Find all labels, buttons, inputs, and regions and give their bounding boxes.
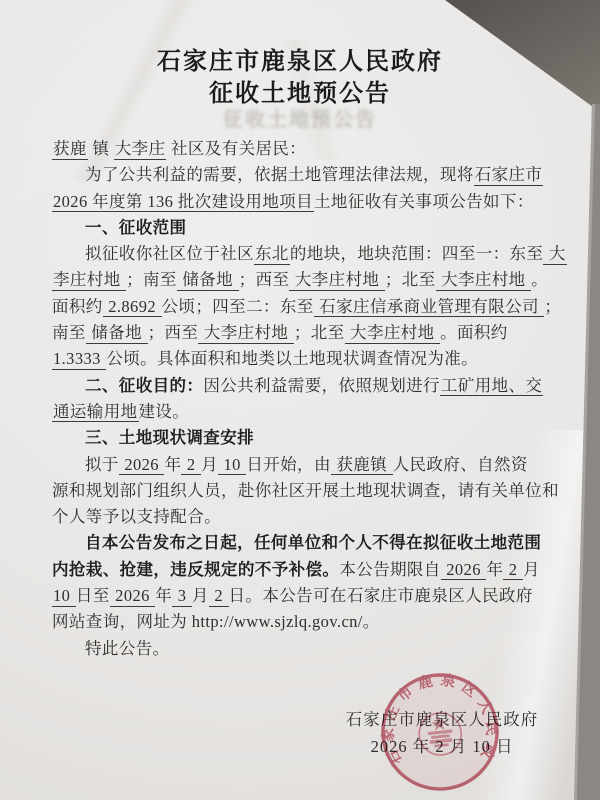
text-segment: 月 (192, 586, 209, 605)
text-segment: 为了公共利益的需要，依据土地管理法律法规，现将 (85, 165, 474, 184)
filled-in-blank: 3 (172, 586, 192, 607)
text-segment: 年 (164, 455, 181, 474)
text-segment: 建设。 (139, 402, 190, 421)
text-segment: 日至 (76, 586, 110, 605)
filled-in-blank: 石家庄信承商业管理有限公司 (314, 297, 545, 318)
filled-in-blank: 大李庄村地 (436, 270, 532, 291)
text-line: 1.3333 公顷。具体面积和地类以土地现状调查情况为准。 (52, 346, 552, 372)
text-segment: ；西至 (239, 270, 290, 289)
filled-in-blank: 大李庄村地 (345, 323, 441, 344)
text-segment: 公顷。具体面积和地类以土地现状调查情况为准。 (106, 349, 478, 368)
filled-in-blank: 大李庄村地 (198, 323, 294, 344)
filled-in-blank: 李庄村地 (52, 270, 126, 291)
filled-in-blank: 2 (181, 455, 201, 476)
filled-in-blank: 大李庄 (114, 139, 167, 160)
text-segment: 三、土地现状调查安排 (85, 428, 254, 447)
text-segment: 本公告期限自 (339, 560, 440, 579)
filled-in-blank: 大李庄村地 (289, 270, 385, 291)
text-line: 获鹿 镇 大李庄 社区及有关居民： (52, 136, 552, 162)
text-segment: 日。本公告可在石家庄市鹿泉区人民政府 (229, 586, 533, 605)
text-segment: 人民政府、自然资 (393, 455, 528, 474)
text-line: 李庄村地 ；南至 储备地 ；西至 大李庄村地 ；北至 大李庄村地 。 (52, 267, 552, 293)
text-segment: ；北至 (294, 323, 345, 342)
text-line: 源和规划部门组织人员，赴你社区开展土地现状调查，请有关单位和 (52, 478, 552, 504)
filled-in-blank: 2026 (110, 586, 156, 607)
text-line: 拟于 2026 年 2 月 10 日开始，由 获鹿镇 人民政府、自然资 (52, 452, 552, 478)
filled-in-blank: 获鹿镇 (331, 455, 393, 476)
text-segment: 镇 (88, 139, 114, 158)
text-line: 拟征收你社区位于社区东北的地块，地块范围：四至一：东至 大 (52, 241, 552, 267)
filled-in-blank: 2 (209, 586, 229, 607)
text-line: 为了公共利益的需要，依据土地管理法律法规，现将石家庄市 (52, 162, 552, 188)
filled-in-blank: 2.8692 (103, 297, 162, 318)
photo-of-document: { "photo": { "background_color": "#8e8a8… (0, 0, 600, 800)
text-line: 内抢栽、抢建，违反规定的不予补偿。本公告期限自 2026 年 2 月 (52, 557, 552, 583)
filled-in-blank: 2 (503, 560, 523, 581)
text-segment: 个人等予以支持配合。 (52, 507, 221, 526)
text-segment: ；南至 (126, 270, 177, 289)
filled-in-blank: 通运输用地 (52, 402, 139, 423)
official-red-seal: 石家庄市鹿泉区人民政府 (371, 663, 509, 800)
filled-in-blank: 获鹿 (52, 139, 88, 160)
text-line: 三、土地现状调查安排 (52, 425, 552, 451)
text-segment: 日开始，由 (246, 455, 331, 474)
filled-in-blank: 储备地 (86, 323, 148, 344)
filled-in-blank: 2026 年度第 136 批次建设用地项目 (52, 192, 314, 213)
text-segment: 拟征收你社区位于社区 (85, 244, 254, 263)
text-line: 10 日至 2026 年 3 月 2 日。本公告可在石家庄市鹿泉区人民政府 (52, 583, 552, 609)
text-segment: 面积约 (52, 297, 103, 316)
text-segment: 土地征收有关事项公告如下： (314, 192, 534, 211)
text-segment: 南至 (52, 323, 86, 342)
text-line: 二、征收目的：因公共利益需要，依照规划进行工矿用地、交 (52, 373, 552, 399)
text-segment: ； (544, 297, 561, 316)
text-line: 2026 年度第 136 批次建设用地项目土地征收有关事项公告如下： (52, 189, 552, 215)
filled-in-blank: 工矿用地、交 (440, 376, 543, 397)
filled-in-blank: 2026 (119, 455, 165, 476)
text-line: 面积约 2.8692 公顷；四至二：东至 石家庄信承商业管理有限公司 ； (52, 294, 552, 320)
text-line: 自本公告发布之日起，任何单位和个人不得在拟征收土地范围 (52, 530, 552, 556)
text-segment: 二、征收目的： (85, 376, 203, 395)
text-segment: 源和规划部门组织人员，赴你社区开展土地现状调查，请有关单位和 (52, 481, 559, 500)
filled-in-blank: 储备地 (177, 270, 239, 291)
text-segment: 拟于 (85, 455, 119, 474)
text-segment: 年 (155, 586, 172, 605)
text-segment: 。 (531, 270, 548, 289)
filled-in-blank: 10 (52, 586, 76, 607)
text-segment: 网站查询，网址为 http://www.sjzlq.gov.cn/。 (52, 612, 380, 631)
text-segment: 的地块，地块范围：四至一：东至 (290, 244, 544, 263)
text-segment: 因公共利益需要，依照规划进行 (203, 376, 440, 395)
text-segment: 特此公告。 (85, 639, 170, 658)
filled-in-blank: 10 (218, 455, 246, 476)
document-body: 获鹿 镇 大李庄 社区及有关居民：为了公共利益的需要，依据土地管理法律法规，现将… (52, 136, 552, 662)
text-line: 网站查询，网址为 http://www.sjzlq.gov.cn/。 (52, 609, 552, 635)
text-segment: 社区及有关居民： (166, 139, 306, 158)
text-segment: 公顷；四至二：东至 (162, 297, 314, 316)
text-segment: 一、征收范围 (85, 218, 186, 237)
title-line-2: 征收土地预公告 (0, 78, 600, 110)
text-segment: ；北至 (385, 270, 436, 289)
text-segment: ；西至 (148, 323, 199, 342)
filled-in-blank: 石家庄市 (474, 165, 544, 186)
text-segment: 自本公告发布之日起，任何单位和个人不得在拟征收土地范围 (85, 533, 541, 552)
text-segment: 年 (486, 560, 503, 579)
text-segment: 。面积约 (440, 323, 508, 342)
text-segment: 月 (201, 455, 218, 474)
document-title: 石家庄市鹿泉区人民政府 征收土地预公告 (0, 46, 600, 110)
filled-in-blank: 大 (543, 244, 566, 265)
text-line: 南至 储备地 ；西至 大李庄村地 ；北至 大李庄村地 。面积约 (52, 320, 552, 346)
text-segment: 内抢栽、抢建，违反规定的不予补偿。 (52, 560, 339, 579)
filled-in-blank: 2026 (441, 560, 487, 581)
text-line: 特此公告。 (52, 636, 552, 662)
text-segment: 月 (523, 560, 540, 579)
text-line: 一、征收范围 (52, 215, 552, 241)
title-line-1: 石家庄市鹿泉区人民政府 (0, 46, 600, 78)
text-line: 通运输用地建设。 (52, 399, 552, 425)
filled-in-blank: 1.3333 (52, 349, 106, 370)
text-line: 个人等予以支持配合。 (52, 504, 552, 530)
filled-in-blank: 东北 (254, 244, 290, 265)
